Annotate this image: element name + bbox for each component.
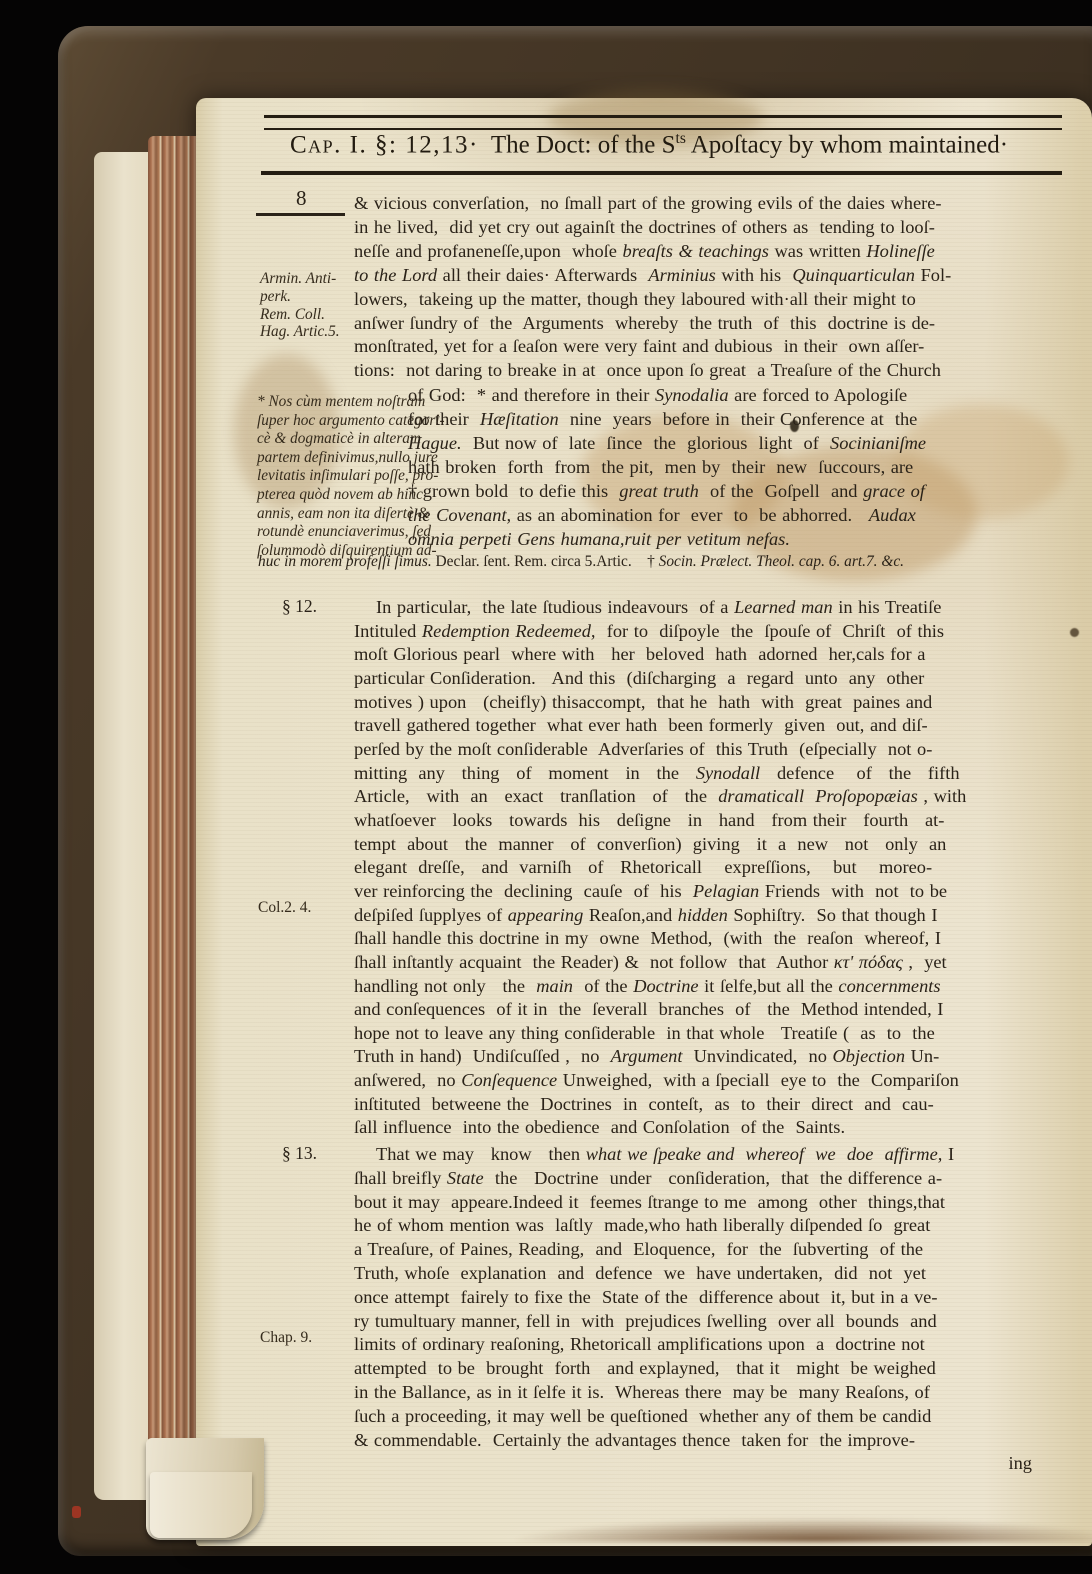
section-marker-13: § 13. xyxy=(282,1143,317,1164)
section-marker-12: § 12. xyxy=(282,596,317,617)
curled-page-edge xyxy=(150,1472,252,1538)
burn-mark xyxy=(516,1518,1092,1542)
book-page: Cap. I. §: 12,13· The Doct: of the Sts A… xyxy=(196,98,1092,1546)
margin-number-8: 8 xyxy=(296,186,307,211)
section-13-paragraph: That we may know then what we ſpeake and… xyxy=(354,1143,954,1452)
ink-spot xyxy=(1070,628,1079,637)
footnote-line: huc in morem profeſſi ſimus. Declar. ſen… xyxy=(258,553,904,571)
red-mark xyxy=(72,1506,81,1518)
margin-note-chap: Chap. 9. xyxy=(260,1329,312,1347)
paragraph-8-block-b: of God: * and therefore in their Synodal… xyxy=(408,383,926,551)
photo-background: Cap. I. §: 12,13· The Doct: of the Sts A… xyxy=(0,0,1092,1574)
margin-rule xyxy=(256,213,345,216)
header-rule-top xyxy=(264,115,1062,130)
header-rule-bottom xyxy=(261,171,1062,175)
section-12-paragraph: In particular, the late ſtudious indeavo… xyxy=(354,596,966,1140)
margin-note-armin: Armin. Anti-perk.Rem. Coll.Hag. Artic.5. xyxy=(260,270,340,341)
paragraph-8-block-a: & vicious converſation, no ſmall part of… xyxy=(354,192,951,383)
running-header: Cap. I. §: 12,13· The Doct: of the Sts A… xyxy=(290,130,1008,159)
catchword: ing xyxy=(1008,1453,1032,1474)
margin-note-col: Col.2. 4. xyxy=(258,899,311,917)
